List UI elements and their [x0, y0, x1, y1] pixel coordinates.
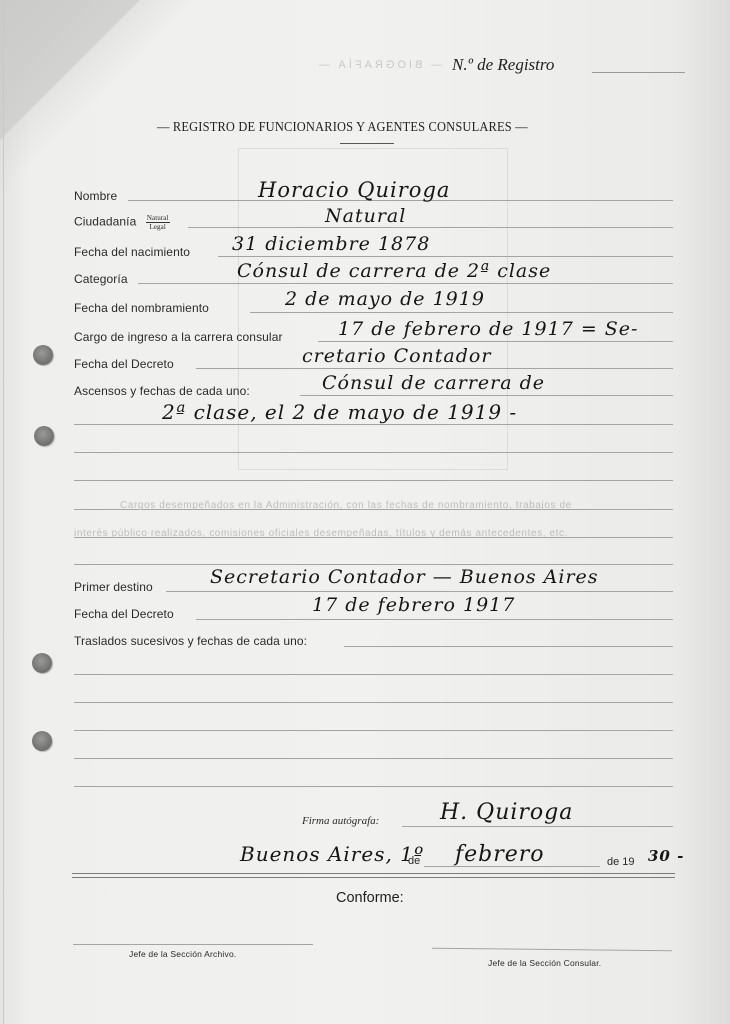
punch-hole: [32, 731, 52, 751]
archivo-caption: Jefe de la Sección Archivo.: [129, 949, 236, 959]
fecha-nombramiento-line: [250, 312, 673, 313]
categoria-label: Categoría: [74, 272, 128, 286]
bleedthrough-text-line1: Cargos desempeñados en la Administración…: [120, 500, 572, 511]
primer-destino-line: [166, 591, 673, 592]
conforme-label: Conforme:: [336, 890, 404, 906]
ascensos-value-line2[interactable]: 2ª clase, el 2 de mayo de 1919 -: [162, 400, 517, 424]
traslados-line-4: [74, 730, 673, 731]
fecha-nacimiento-line: [218, 256, 673, 257]
primer-destino-label: Primer destino: [74, 580, 153, 594]
punch-hole: [33, 345, 53, 365]
cargo-ingreso-line: [318, 341, 673, 342]
fecha-decreto-2-value[interactable]: 17 de febrero 1917: [312, 594, 515, 616]
ascensos-line-7: [74, 564, 673, 565]
fecha-nacimiento-value[interactable]: 31 diciembre 1878: [232, 233, 430, 255]
ciudadania-label: Ciudadanía Natural Legal: [74, 214, 170, 231]
ciudadania-line: [188, 227, 673, 228]
ascensos-line-4: [74, 480, 673, 481]
punch-hole: [34, 426, 54, 446]
cargo-ingreso-value[interactable]: 17 de febrero de 1917 = Se-: [338, 318, 638, 340]
ascensos-label: Ascensos y fechas de cada uno:: [74, 384, 250, 398]
folded-corner: [0, 0, 140, 140]
document-page: — BIOGRAFÍA — N.º de Registro — REGISTRO…: [0, 0, 730, 1024]
consular-signature-line: [432, 948, 672, 952]
ciudadania-value[interactable]: Natural: [325, 205, 406, 227]
double-rule-bottom: [72, 877, 675, 878]
cargo-ingreso-label: Cargo de ingreso a la carrera consular: [74, 330, 283, 344]
fecha-nombramiento-label: Fecha del nombramiento: [74, 301, 209, 315]
traslados-line: [344, 646, 673, 647]
place-value[interactable]: Buenos Aires, 1º: [240, 842, 424, 866]
fecha-nombramiento-value[interactable]: 2 de mayo de 1919: [285, 288, 485, 310]
nombre-value[interactable]: Horacio Quiroga: [258, 178, 450, 202]
ciudadania-label-text: Ciudadanía: [74, 215, 136, 229]
fecha-decreto-2-label: Fecha del Decreto: [74, 607, 174, 621]
bleedthrough-text-line2: interés público realizados, comisiones o…: [74, 528, 568, 539]
fecha-nacimiento-label: Fecha del nacimiento: [74, 245, 190, 259]
traslados-line-3: [74, 702, 673, 703]
ascensos-value-line1[interactable]: Cónsul de carrera de: [322, 372, 545, 394]
traslados-label: Traslados sucesivos y fechas de cada uno…: [74, 634, 307, 648]
de-label: de: [408, 855, 420, 867]
categoria-line: [138, 283, 673, 284]
traslados-line-5: [74, 758, 673, 759]
page-edge: [3, 0, 4, 1024]
year-prefix-label: de 19: [607, 856, 635, 868]
title-underline: [340, 143, 394, 144]
firma-value[interactable]: H. Quiroga: [440, 800, 573, 825]
month-value[interactable]: febrero: [455, 842, 545, 867]
firma-line: [402, 826, 673, 827]
categoria-value[interactable]: Cónsul de carrera de 2ª clase: [237, 260, 551, 282]
bleedthrough-heading: — BIOGRAFÍA —: [316, 59, 442, 71]
ascensos-line-2: [74, 424, 673, 425]
ciudadania-option-natural: Natural: [146, 214, 170, 223]
traslados-line-6: [74, 786, 673, 787]
ascensos-line: [300, 395, 673, 396]
archivo-signature-line: [73, 944, 313, 945]
ciudadania-options: Natural Legal: [146, 214, 170, 231]
ciudadania-option-legal: Legal: [146, 223, 170, 231]
traslados-line-2: [74, 674, 673, 675]
registration-number-field[interactable]: [592, 72, 685, 73]
ascensos-line-3: [74, 452, 673, 453]
nombre-label: Nombre: [74, 189, 117, 203]
fecha-decreto-value[interactable]: cretario Contador: [302, 345, 491, 367]
year-value[interactable]: 30 -: [648, 847, 684, 865]
fecha-decreto-label: Fecha del Decreto: [74, 357, 174, 371]
double-rule-top: [72, 873, 675, 874]
fecha-decreto-line: [196, 368, 673, 369]
registration-number-label: N.º de Registro: [452, 55, 554, 75]
firma-label: Firma autógrafa:: [302, 815, 379, 827]
punch-hole: [32, 653, 52, 673]
fecha-decreto-2-line: [196, 619, 673, 620]
primer-destino-value[interactable]: Secretario Contador — Buenos Aires: [210, 566, 599, 588]
page-title: — REGISTRO DE FUNCIONARIOS Y AGENTES CON…: [157, 119, 528, 135]
consular-caption: Jefe de la Sección Consular.: [488, 958, 601, 968]
